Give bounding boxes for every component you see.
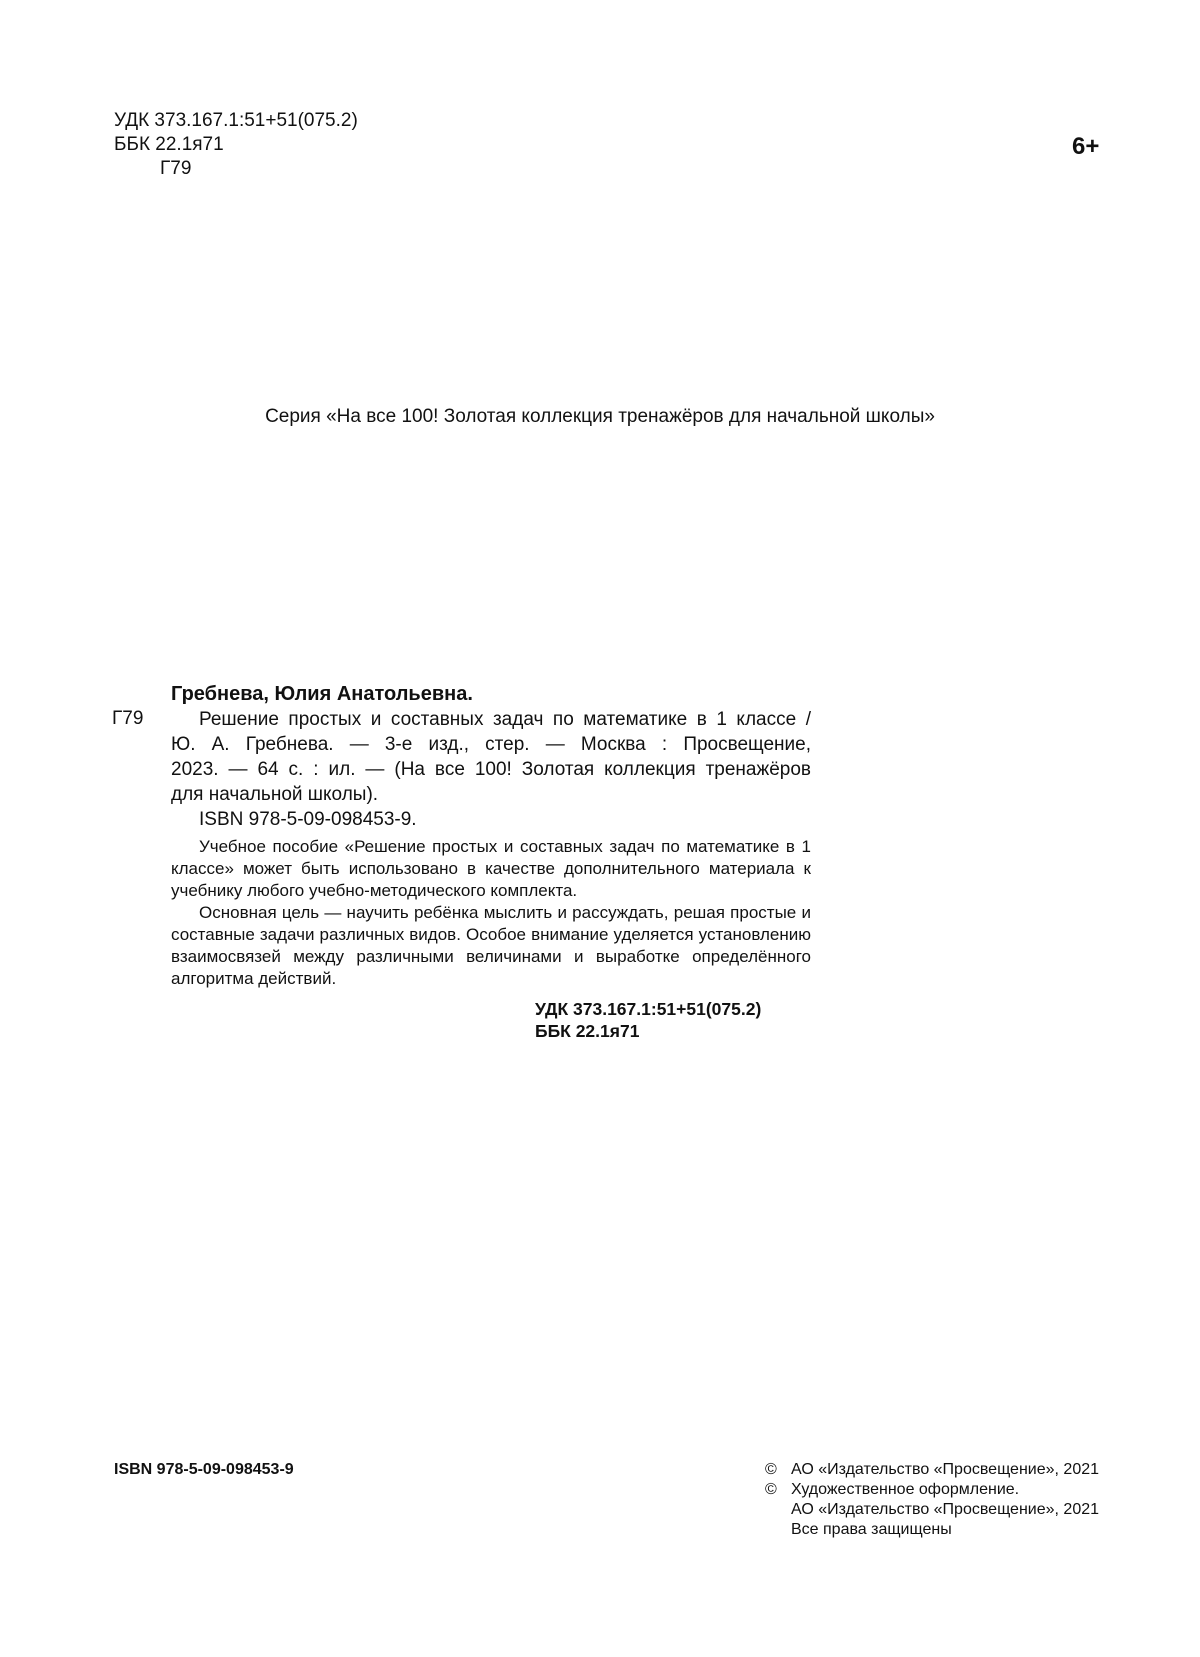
udk-code: УДК 373.167.1:51+51(075.2): [114, 109, 358, 133]
copyright-line: Художественное оформление.: [791, 1480, 1019, 1500]
bibliographic-record: Гребнева, Юлия Анатольевна. Решение прос…: [171, 682, 811, 832]
biblio-line: Ю. А. Гребнева. — 3-е изд., стер. — Моск…: [171, 732, 811, 757]
udk-code-bold: УДК 373.167.1:51+51(075.2): [535, 998, 761, 1020]
copyright-line: АО «Издательство «Просвещение», 2021: [791, 1460, 1099, 1480]
biblio-line: Решение простых и составных задач по мат…: [171, 707, 811, 732]
bbk-code: ББК 22.1я71: [114, 133, 358, 157]
rights-reserved: Все права защищены: [791, 1520, 952, 1540]
copyright-block: © АО «Издательство «Просвещение», 2021 ©…: [765, 1460, 1099, 1540]
bbk-code-bold: ББК 22.1я71: [535, 1020, 761, 1042]
biblio-line: 2023. — 64 с. : ил. — (На все 100! Золот…: [171, 757, 811, 782]
isbn: ISBN 978-5-09-098453-9.: [171, 807, 811, 832]
author-mark-side: Г79: [112, 708, 143, 730]
annotation-paragraph: Учебное пособие «Решение простых и соста…: [171, 836, 811, 902]
age-rating: 6+: [1072, 133, 1099, 161]
series-title: Серия «На все 100! Золотая коллекция тре…: [0, 406, 1200, 428]
footer-isbn: ISBN 978-5-09-098453-9: [114, 1461, 294, 1479]
copyright-icon: ©: [765, 1460, 791, 1480]
author-mark: Г79: [114, 157, 358, 181]
annotation: Учебное пособие «Решение простых и соста…: [171, 836, 811, 990]
classification-codes: УДК 373.167.1:51+51(075.2) ББК 22.1я71: [535, 998, 761, 1042]
classification-header: УДК 373.167.1:51+51(075.2) ББК 22.1я71 Г…: [114, 109, 358, 181]
copyright-line: АО «Издательство «Просвещение», 2021: [791, 1500, 1099, 1520]
biblio-line: для начальной школы).: [171, 782, 811, 807]
author-name: Гребнева, Юлия Анатольевна.: [171, 682, 811, 707]
copyright-icon: ©: [765, 1480, 791, 1500]
annotation-paragraph: Основная цель — научить ребёнка мыслить …: [171, 902, 811, 990]
